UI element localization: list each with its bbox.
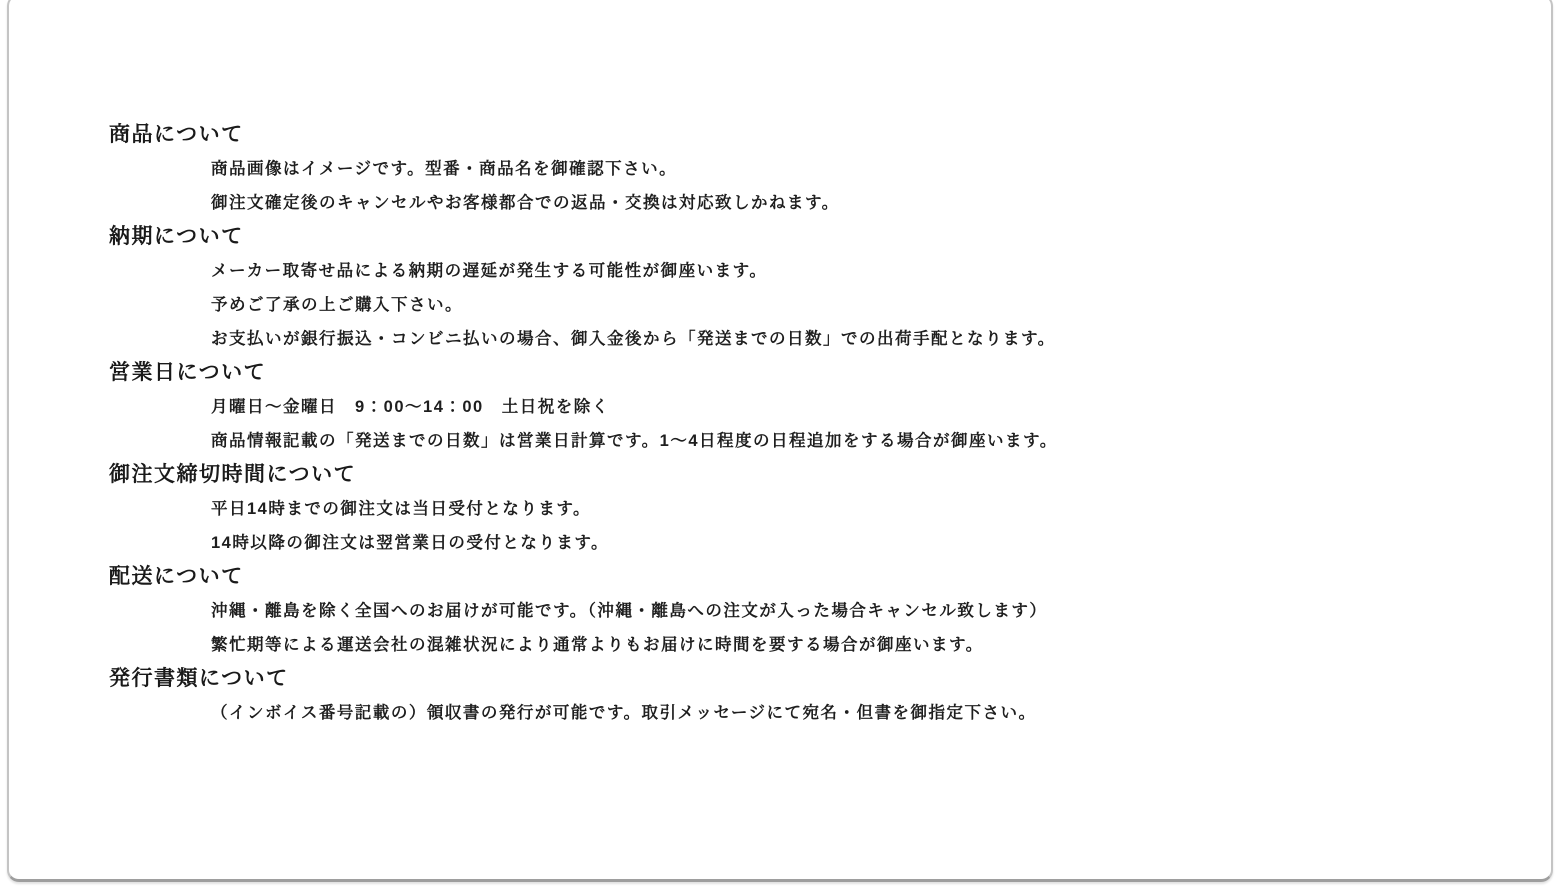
section-products: 商品について 商品画像はイメージです。型番・商品名を御確認下さい。 御注文確定後… bbox=[109, 118, 1511, 220]
section-line: 繁忙期等による運送会社の混雑状況により通常よりもお届けに時間を要する場合が御座い… bbox=[109, 628, 1511, 662]
section-line: メーカー取寄せ品による納期の遅延が発生する可能性が御座います。 bbox=[109, 254, 1511, 288]
section-line: 予めご了承の上ご購入下さい。 bbox=[109, 288, 1511, 322]
section-line: 平日14時までの御注文は当日受付となります。 bbox=[109, 492, 1511, 526]
section-line: （インボイス番号記載の）領収書の発行が可能です。取引メッセージにて宛名・但書を御… bbox=[109, 696, 1511, 730]
section-heading: 納期について bbox=[109, 220, 1511, 254]
section-line: 沖縄・離島を除く全国へのお届けが可能です。（沖縄・離島への注文が入った場合キャン… bbox=[109, 594, 1511, 628]
section-line: 商品画像はイメージです。型番・商品名を御確認下さい。 bbox=[109, 152, 1511, 186]
section-line: 商品情報記載の「発送までの日数」は営業日計算です。1～4日程度の日程追加をする場… bbox=[109, 424, 1511, 458]
section-heading: 御注文締切時間について bbox=[109, 458, 1511, 492]
section-business-days: 営業日について 月曜日～金曜日 9：00～14：00 土日祝を除く 商品情報記載… bbox=[109, 356, 1511, 458]
policy-document-card: 商品について 商品画像はイメージです。型番・商品名を御確認下さい。 御注文確定後… bbox=[7, 0, 1553, 882]
section-line: 月曜日～金曜日 9：00～14：00 土日祝を除く bbox=[109, 390, 1511, 424]
section-heading: 営業日について bbox=[109, 356, 1511, 390]
section-heading: 配送について bbox=[109, 560, 1511, 594]
section-heading: 発行書類について bbox=[109, 662, 1511, 696]
section-line: 御注文確定後のキャンセルやお客様都合での返品・交換は対応致しかねます。 bbox=[109, 186, 1511, 220]
section-line: お支払いが銀行振込・コンビニ払いの場合、御入金後から「発送までの日数」での出荷手… bbox=[109, 322, 1511, 356]
policy-document-content: 商品について 商品画像はイメージです。型番・商品名を御確認下さい。 御注文確定後… bbox=[109, 118, 1511, 730]
section-delivery-time: 納期について メーカー取寄せ品による納期の遅延が発生する可能性が御座います。 予… bbox=[109, 220, 1511, 356]
section-order-cutoff: 御注文締切時間について 平日14時までの御注文は当日受付となります。 14時以降… bbox=[109, 458, 1511, 560]
section-shipping: 配送について 沖縄・離島を除く全国へのお届けが可能です。（沖縄・離島への注文が入… bbox=[109, 560, 1511, 662]
section-line: 14時以降の御注文は翌営業日の受付となります。 bbox=[109, 526, 1511, 560]
section-issued-documents: 発行書類について （インボイス番号記載の）領収書の発行が可能です。取引メッセージ… bbox=[109, 662, 1511, 730]
page: 商品について 商品画像はイメージです。型番・商品名を御確認下さい。 御注文確定後… bbox=[0, 0, 1560, 888]
section-heading: 商品について bbox=[109, 118, 1511, 152]
